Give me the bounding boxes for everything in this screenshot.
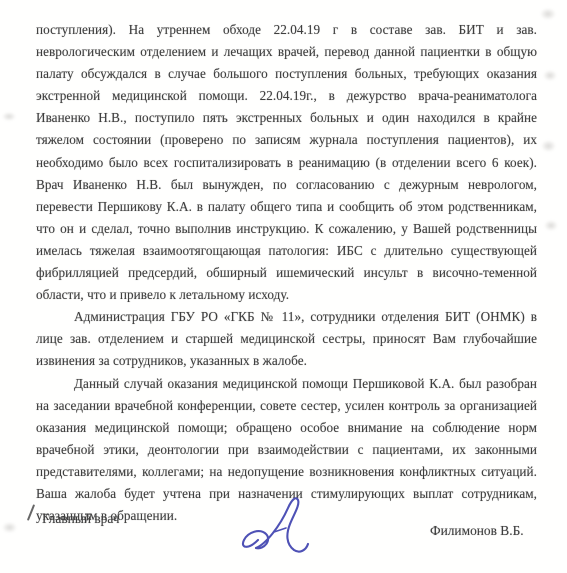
signoff-title: Главный врач: [42, 511, 120, 527]
signature-icon: [236, 492, 346, 567]
scan-smudge: [540, 8, 556, 20]
scan-smudge: [2, 522, 17, 533]
letter-body: поступления). На утреннем обходе 22.04.1…: [36, 19, 537, 527]
scan-smudge: [543, 70, 557, 81]
scan-smudge: [544, 220, 558, 231]
pen-slash-mark: [27, 504, 35, 521]
paragraph-continuation: поступления). На утреннем обходе 22.04.1…: [36, 19, 537, 306]
paragraph-apology: Администрация ГБУ РО «ГКБ № 11», сотрудн…: [36, 306, 537, 372]
scan-smudge: [541, 140, 556, 152]
signoff-name: Филимонов В.Б.: [430, 523, 524, 539]
scan-smudge: [2, 112, 16, 121]
scanned-letter-page: поступления). На утреннем обходе 22.04.1…: [0, 0, 567, 573]
